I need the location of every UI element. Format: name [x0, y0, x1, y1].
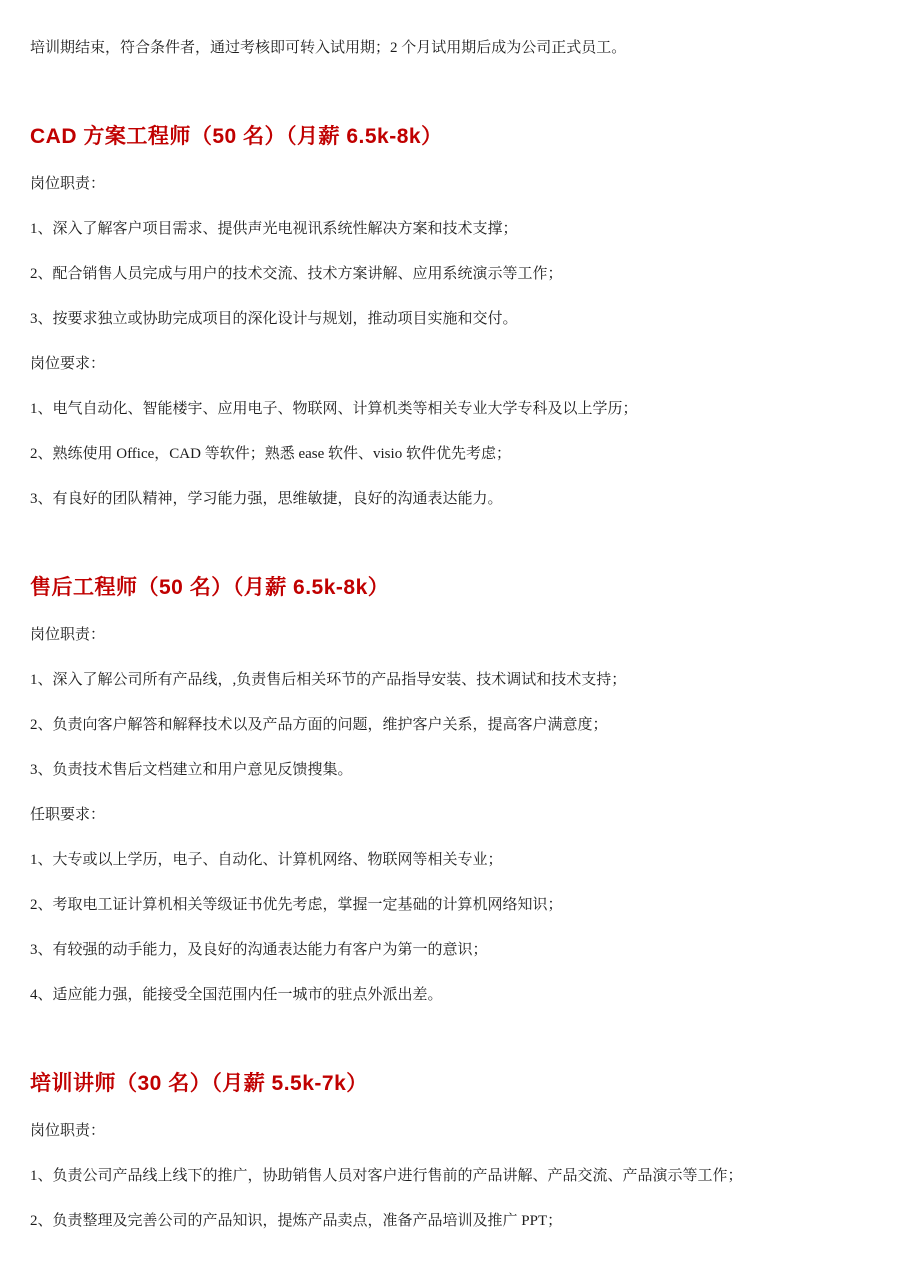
requirement-item: 1、大专或以上学历，电子、自动化、计算机网络、物联网等相关专业；	[30, 850, 872, 870]
requirements-label: 岗位要求：	[30, 354, 872, 374]
duty-item: 3、按要求独立或协助完成项目的深化设计与规划，推动项目实施和交付。	[30, 309, 872, 329]
duty-item: 1、深入了解客户项目需求、提供声光电视讯系统性解决方案和技术支撑；	[30, 219, 872, 239]
job-section-cad-solution-engineer: CAD 方案工程师（50 名）（月薪 6.5k-8k） 岗位职责： 1、深入了解…	[30, 122, 872, 509]
requirement-item: 3、有较强的动手能力，及良好的沟通表达能力有客户为第一的意识；	[30, 940, 872, 960]
document-page: 培训期结束，符合条件者，通过考核即可转入试用期；2 个月试用期后成为公司正式员工…	[0, 0, 902, 1280]
duty-item: 1、深入了解公司所有产品线，,负责售后相关环节的产品指导安装、技术调试和技术支持…	[30, 670, 872, 690]
duty-item: 2、配合销售人员完成与用户的技术交流、技术方案讲解、应用系统演示等工作；	[30, 264, 872, 284]
duties-label: 岗位职责：	[30, 625, 872, 645]
duty-item: 2、负责向客户解答和解释技术以及产品方面的问题，维护客户关系，提高客户满意度；	[30, 715, 872, 735]
duties-label: 岗位职责：	[30, 174, 872, 194]
requirement-item: 3、有良好的团队精神，学习能力强，思维敏捷，良好的沟通表达能力。	[30, 489, 872, 509]
job-section-training-lecturer: 培训讲师（30 名）（月薪 5.5k-7k） 岗位职责： 1、负责公司产品线上线…	[30, 1069, 872, 1231]
duties-label: 岗位职责：	[30, 1121, 872, 1141]
requirement-item: 2、考取电工证计算机相关等级证书优先考虑，掌握一定基础的计算机网络知识；	[30, 895, 872, 915]
job-title-cad-solution-engineer: CAD 方案工程师（50 名）（月薪 6.5k-8k）	[30, 122, 872, 152]
job-section-aftersales-engineer: 售后工程师（50 名）（月薪 6.5k-8k） 岗位职责： 1、深入了解公司所有…	[30, 573, 872, 1005]
requirements-label: 任职要求：	[30, 805, 872, 825]
intro-paragraph: 培训期结束，符合条件者，通过考核即可转入试用期；2 个月试用期后成为公司正式员工…	[30, 38, 872, 58]
job-title-aftersales-engineer: 售后工程师（50 名）（月薪 6.5k-8k）	[30, 573, 872, 603]
requirement-item: 2、熟练使用 Office，CAD 等软件；熟悉 ease 软件、visio 软…	[30, 444, 872, 464]
requirement-item: 4、适应能力强，能接受全国范围内任一城市的驻点外派出差。	[30, 985, 872, 1005]
requirement-item: 1、电气自动化、智能楼宇、应用电子、物联网、计算机类等相关专业大学专科及以上学历…	[30, 399, 872, 419]
job-title-training-lecturer: 培训讲师（30 名）（月薪 5.5k-7k）	[30, 1069, 872, 1099]
duty-item: 1、负责公司产品线上线下的推广，协助销售人员对客户进行售前的产品讲解、产品交流、…	[30, 1166, 872, 1186]
duty-item: 2、负责整理及完善公司的产品知识，提炼产品卖点，准备产品培训及推广 PPT；	[30, 1211, 872, 1231]
duty-item: 3、负责技术售后文档建立和用户意见反馈搜集。	[30, 760, 872, 780]
